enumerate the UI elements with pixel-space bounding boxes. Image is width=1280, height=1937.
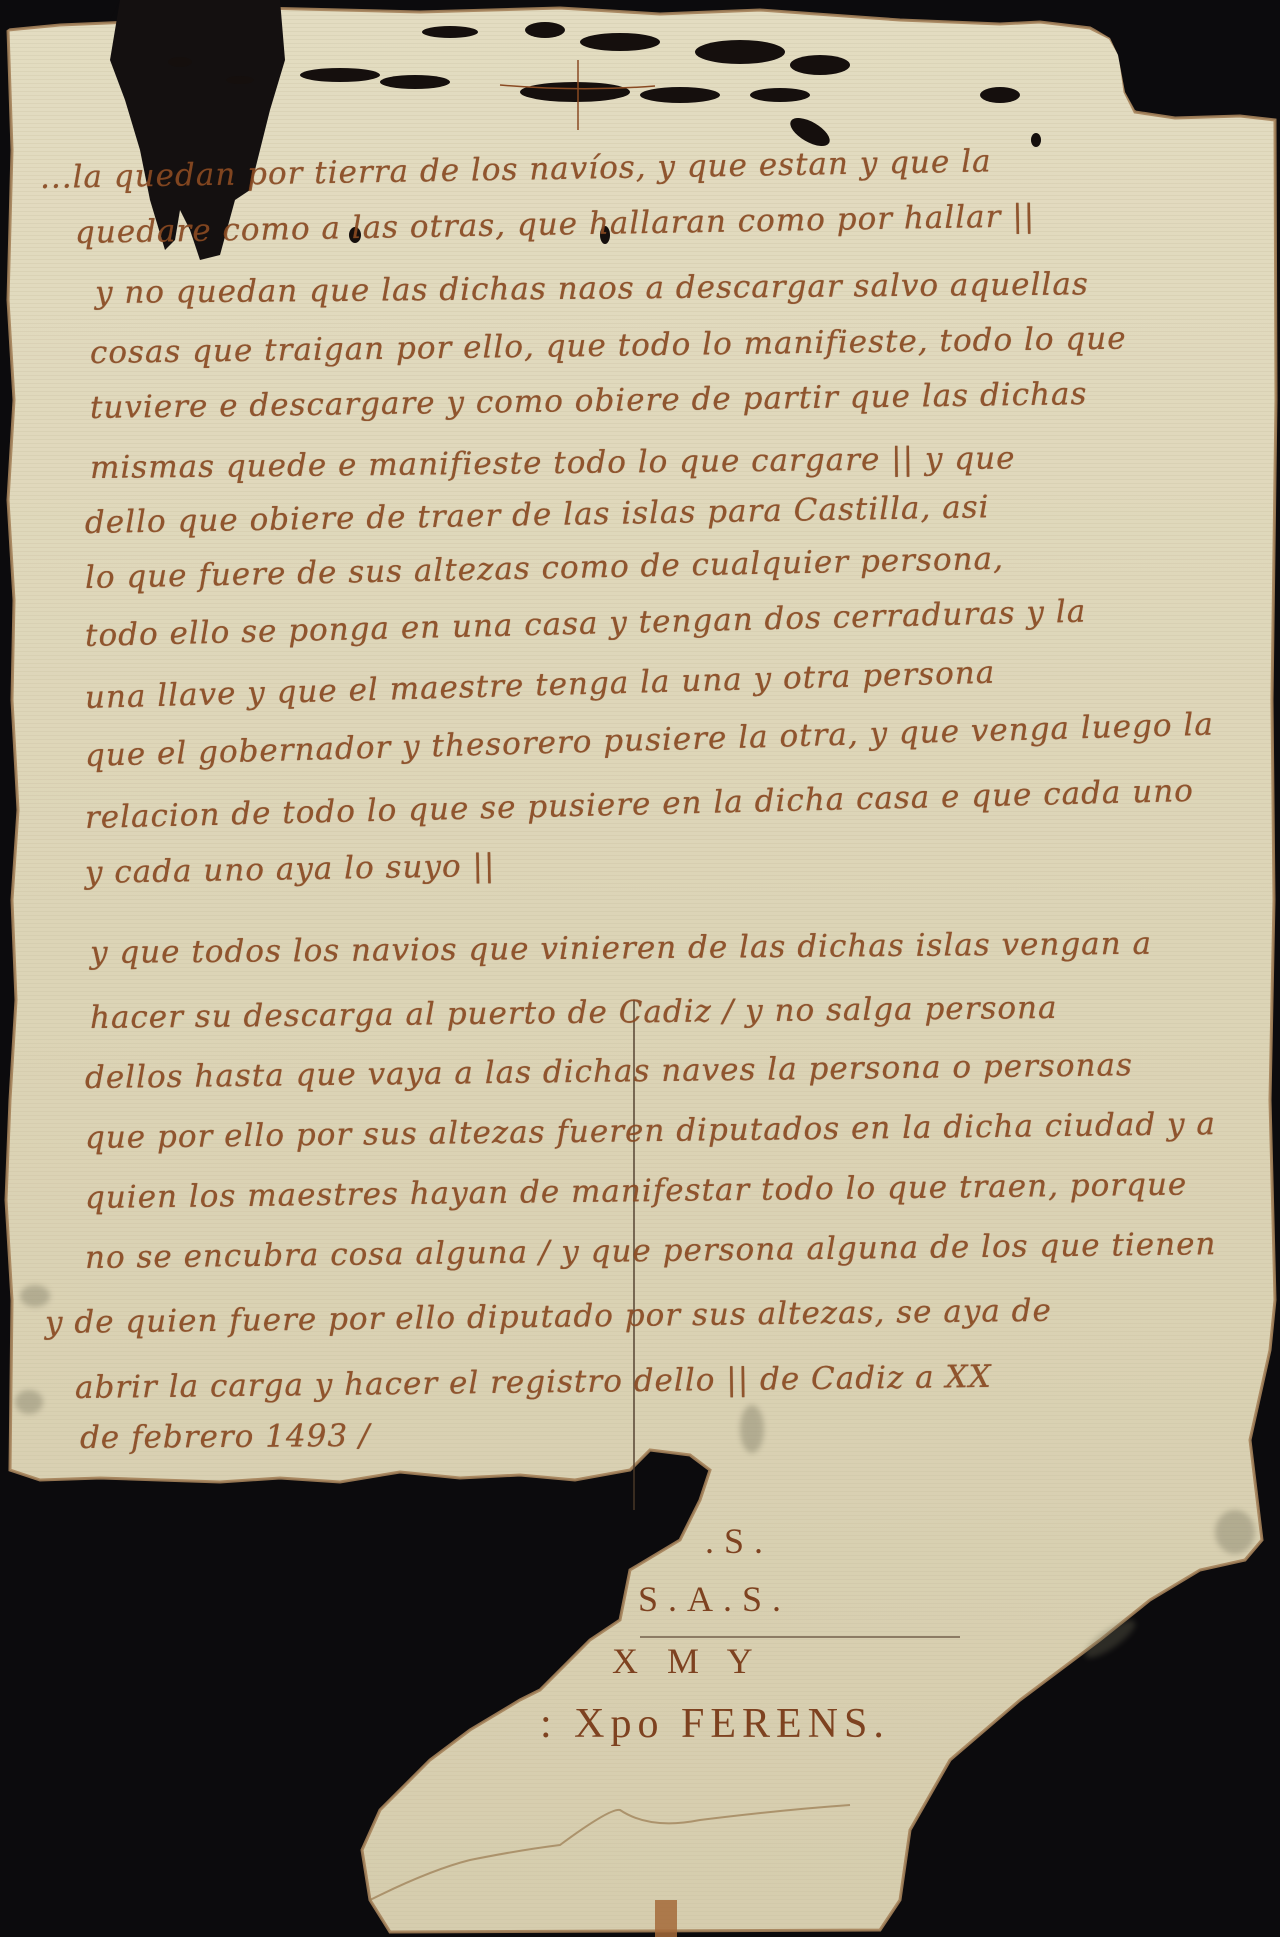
manuscript-line: cosas que traigan por ello, que todo lo … [90, 321, 1127, 371]
signature-line-2: S.A.S. [638, 1578, 791, 1620]
manuscript-line: que el gobernador y thesorero pusiere la… [84, 706, 1214, 774]
manuscript-line: ...la quedan por tierra de los navíos, y… [40, 143, 992, 196]
manuscript-line: abrir la carga y hacer el registro dello… [75, 1359, 992, 1406]
manuscript: ...la quedan por tierra de los navíos, y… [0, 0, 1280, 1937]
manuscript-line: todo ello se ponga en una casa y tengan … [85, 594, 1087, 654]
manuscript-line: dellos hasta que vaya a las dichas naves… [85, 1047, 1133, 1096]
signature-line-3: X M Y [612, 1640, 763, 1682]
fold-line-horizontal [640, 1636, 960, 1638]
manuscript-line: mismas quede e manifieste todo lo que ca… [90, 440, 1016, 486]
manuscript-line: quedare como a las otras, que hallaran c… [75, 198, 1036, 251]
manuscript-line: de febrero 1493 / [80, 1418, 371, 1456]
manuscript-line: y que todos los navios que vinieren de l… [90, 926, 1152, 971]
manuscript-line: hacer su descarga al puerto de Cadiz / y… [90, 990, 1058, 1036]
manuscript-line: y no quedan que las dichas naos a descar… [95, 266, 1089, 311]
manuscript-line: una llave y que el maestre tenga la una … [84, 655, 995, 716]
signature-line-1: .S. [705, 1520, 773, 1562]
manuscript-line: y de quien fuere por ello diputado por s… [45, 1293, 1052, 1341]
manuscript-line: tuviere e descargare y como obiere de pa… [90, 376, 1088, 426]
manuscript-line: lo que fuere de sus altezas como de cual… [85, 541, 1005, 596]
manuscript-line: no se encubra cosa alguna / y que person… [85, 1226, 1217, 1276]
signature-line-4: : Xpo FERENS. [540, 1700, 890, 1748]
manuscript-line: dello que obiere de traer de las islas p… [85, 489, 990, 541]
manuscript-line: quien los maestres hayan de manifestar t… [85, 1167, 1188, 1216]
manuscript-line: que por ello por sus altezas fueren dipu… [85, 1106, 1216, 1156]
manuscript-line: y cada uno aya lo suyo || [85, 848, 496, 891]
manuscript-line: relacion de todo lo que se pusiere en la… [85, 773, 1195, 836]
